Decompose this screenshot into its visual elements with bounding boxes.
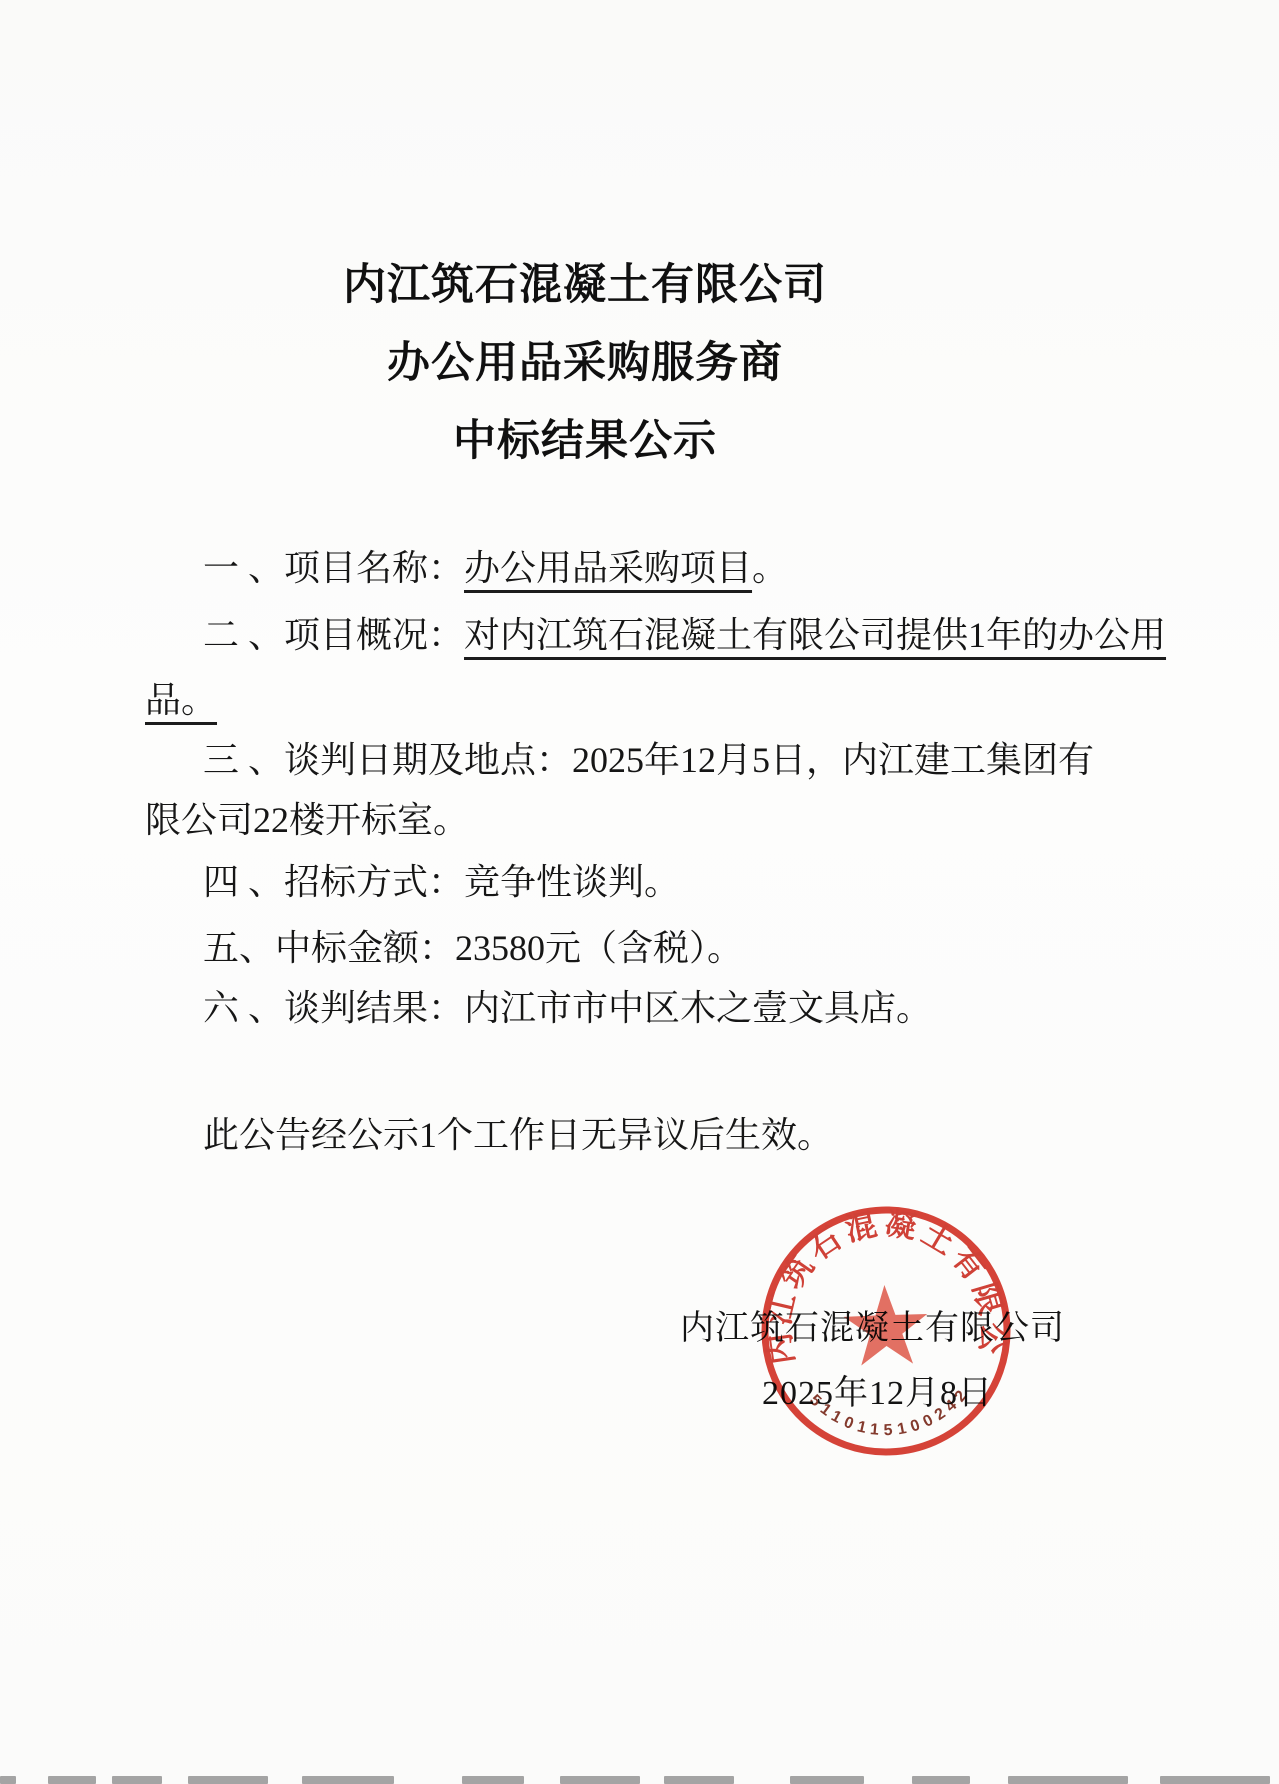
company-seal-stamp: 内江筑石混凝土有限公司 5110115100242 (746, 1191, 1025, 1470)
title-line-result: 中标结果公示 (130, 402, 1040, 480)
item-project-overview-line1: 二 、项目概况：对内江筑石混凝土有限公司提供1年的办公用 (203, 615, 1166, 655)
cut-off-text-artifact (0, 1775, 1279, 1784)
item1-value-underlined: 办公用品采购项目 (464, 548, 752, 588)
item2-value-underlined-line1: 对内江筑石混凝土有限公司提供1年的办公用 (464, 615, 1166, 655)
item-project-overview-line2: 品。 (145, 680, 217, 720)
star-icon (843, 1284, 929, 1366)
item-negotiation-result: 六 、谈判结果：内江市市中区木之壹文具店。 (203, 988, 932, 1028)
closing-statement: 此公告经公示1个工作日无异议后生效。 (203, 1115, 833, 1155)
item1-period: 。 (752, 548, 788, 588)
item2-value-underlined-line2: 品。 (145, 680, 217, 720)
title-line-subject: 办公用品采购服务商 (130, 324, 1040, 402)
item-negotiation-date-line2: 限公司22楼开标室。 (145, 800, 469, 840)
item-bidding-method: 四 、招标方式：竞争性谈判。 (203, 862, 680, 902)
title-line-company: 内江筑石混凝土有限公司 (130, 246, 1040, 324)
item1-label: 一 、项目名称： (203, 548, 464, 588)
item-winning-amount: 五、中标金额：23580元（含税）。 (203, 928, 743, 968)
item-negotiation-date-line1: 三 、谈判日期及地点：2025年12月5日，内江建工集团有 (203, 740, 1094, 780)
item-project-name: 一 、项目名称：办公用品采购项目。 (203, 548, 788, 588)
document-page: 内江筑石混凝土有限公司 办公用品采购服务商 中标结果公示 一 、项目名称：办公用… (0, 0, 1279, 1784)
item2-label: 二 、项目概况： (203, 615, 464, 655)
document-title: 内江筑石混凝土有限公司 办公用品采购服务商 中标结果公示 (130, 246, 1040, 480)
